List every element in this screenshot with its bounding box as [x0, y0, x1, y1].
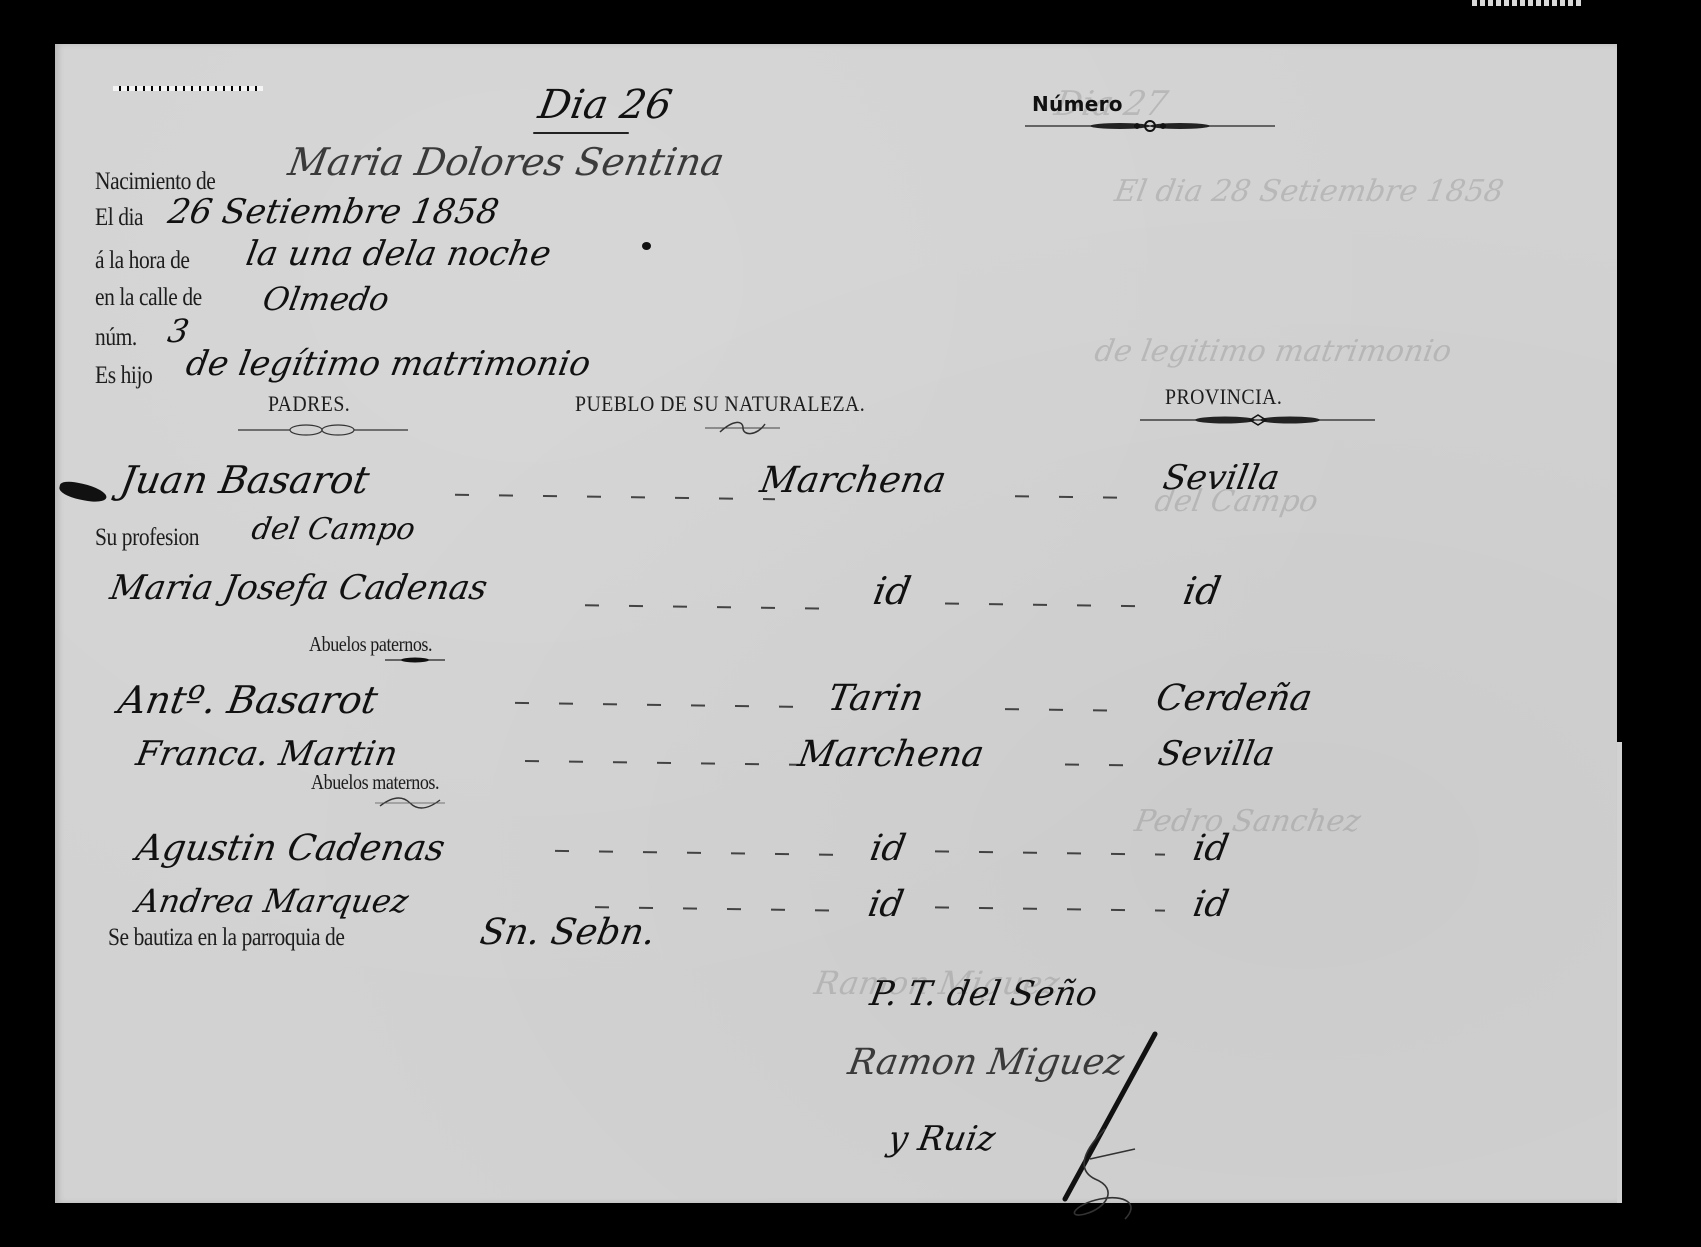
padre-provincia: Sevilla	[1160, 458, 1283, 498]
leader-dashes	[935, 906, 1165, 911]
madre-name: Maria Josefa Cadenas	[107, 568, 490, 608]
hijo-value: de legítimo matrimonio	[183, 344, 594, 384]
ink-smudge	[58, 479, 108, 505]
madre-pueblo: id	[870, 569, 914, 613]
dia-value: 26 Setiembre 1858	[165, 192, 502, 232]
abuelos-paternos-ornament	[385, 656, 445, 664]
hora-label: á la hora de	[95, 247, 190, 275]
num-value: 3	[165, 312, 192, 350]
bautizo-value: Sn. Sebn.	[477, 912, 659, 953]
column-header-provincia: PROVINCIA.	[1165, 384, 1282, 410]
hora-value: la una dela noche	[243, 234, 554, 274]
leader-dashes	[1015, 495, 1125, 499]
birth-record-page: Dia 27 El dia 28 Setiembre 1858 de legit…	[55, 44, 1617, 1203]
leader-dashes	[1005, 708, 1135, 712]
day-heading: Dia 26	[535, 82, 675, 128]
page-edge-step	[1617, 742, 1622, 1203]
padres-ornament	[238, 424, 408, 436]
signature-line-1: P. T. del Seño	[867, 974, 1100, 1014]
profesion-label: Su profesion	[95, 524, 199, 552]
leader-dashes	[595, 906, 855, 912]
abuelo-paterno-provincia: Cerdeña	[1153, 678, 1315, 719]
leader-dashes	[515, 702, 815, 708]
abuelos-maternos-ornament	[375, 796, 445, 810]
scan-edge-artifact	[1472, 0, 1584, 6]
abuelos-maternos-label: Abuelos maternos.	[311, 770, 439, 795]
leader-dashes	[585, 604, 835, 609]
provincia-ornament-rule	[1140, 414, 1375, 426]
numero-label: Número	[1032, 92, 1123, 116]
abuelo-paterno-pueblo: Tarin	[825, 678, 927, 719]
abuela-materna-provincia: id	[1190, 884, 1232, 925]
leader-dashes	[555, 850, 855, 856]
abuela-paterna-pueblo: Marchena	[795, 734, 987, 775]
column-header-pueblo: PUEBLO DE SU NATURALEZA.	[575, 391, 865, 417]
numero-ornament-rule	[1025, 120, 1275, 132]
calle-value: Olmedo	[260, 280, 392, 318]
ink-spot	[642, 242, 651, 250]
document-viewer: Dia 27 El dia 28 Setiembre 1858 de legit…	[0, 0, 1701, 1247]
leader-dashes	[525, 760, 815, 766]
abuela-materna-name: Andrea Marquez	[133, 882, 411, 920]
calle-label: en la calle de	[95, 284, 202, 312]
bautizo-label: Se bautiza en la parroquia de	[108, 924, 344, 952]
abuelo-materno-name: Agustin Cadenas	[133, 828, 448, 869]
pueblo-ornament	[705, 420, 780, 436]
abuelo-materno-pueblo: id	[867, 828, 909, 869]
madre-provincia: id	[1180, 569, 1224, 613]
abuelo-materno-provincia: id	[1190, 828, 1232, 869]
dia-label: El dia	[95, 204, 143, 232]
leader-dashes	[935, 850, 1165, 855]
nacimiento-value: Maria Dolores Sentina	[285, 140, 728, 184]
signature-line-3: y Ruiz	[885, 1119, 998, 1159]
leader-dashes	[945, 602, 1165, 607]
abuela-paterna-name: Franca. Martin	[133, 734, 401, 774]
torn-edge	[113, 86, 263, 91]
bleed-through-text: El dia 28 Setiembre 1858	[1112, 174, 1506, 209]
num-label: núm.	[95, 324, 137, 352]
bleed-through-text: Pedro Sanchez	[1132, 804, 1363, 839]
leader-dashes	[455, 494, 775, 500]
hijo-label: Es hijo	[95, 362, 152, 390]
abuelos-paternos-label: Abuelos paternos.	[309, 632, 432, 657]
bleed-through-text: de legitimo matrimonio	[1092, 334, 1454, 369]
abuela-materna-pueblo: id	[865, 884, 907, 925]
day-underline	[533, 132, 629, 134]
column-header-padres: PADRES.	[268, 391, 350, 417]
signature-flourish	[1045, 1029, 1165, 1229]
leader-dashes	[1065, 763, 1145, 766]
padre-pueblo: Marchena	[757, 460, 949, 501]
abuela-paterna-provincia: Sevilla	[1155, 734, 1278, 774]
padre-name: Juan Basarot	[117, 458, 373, 502]
profesion-value: del Campo	[249, 512, 418, 547]
abuelo-paterno-name: Antº. Basarot	[115, 678, 381, 722]
